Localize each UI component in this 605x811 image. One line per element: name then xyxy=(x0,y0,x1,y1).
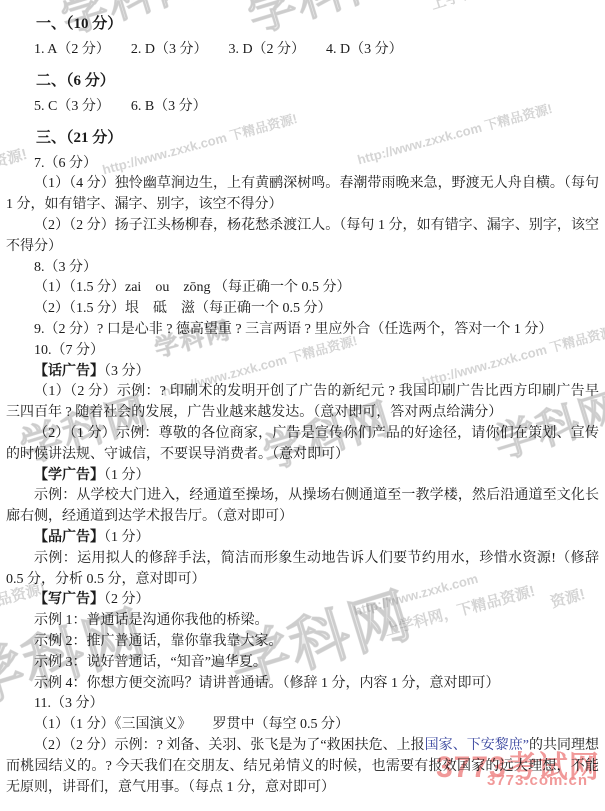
answer-text-segment: （2）（2 分）示例：? 刘备、关羽、张飞是为了“救困扶危、上报 xyxy=(34,738,425,753)
answer-line: 示例 1：普通话是沟通你我他的桥梁。 xyxy=(6,611,599,632)
answer-line: 9.（2 分）? 口是心非 ? 德高望重 ? 三言两语 ? 里应外合（任选两个，… xyxy=(6,320,599,341)
answer-text-segment: （3 分） xyxy=(104,364,150,379)
answer-text-segment: 国家、下安黎庶” xyxy=(425,738,529,753)
answer-line: 【话广告】（3 分） xyxy=(6,362,599,383)
section-heading: 二、（6 分） xyxy=(6,70,599,92)
answer-text-segment: （1 分） xyxy=(104,468,150,483)
answer-line: 示例：运用拟人的修辞手法，简洁而形象生动地告诉人们要节约用水，珍惜水资源!（修辞… xyxy=(6,549,599,591)
answer-line: 示例：从学校大门进入，经通道至操场，从操场右侧通道至一教学楼，然后沿通道至文化长… xyxy=(6,486,599,528)
answer-text-segment: 【话广告】 xyxy=(34,364,104,379)
answer-line: 1. A（2 分） 2. D（3 分） 3. D（2 分） 4. D（3 分） xyxy=(6,40,599,61)
answer-line: （1）（2 分）示例：? 印刷术的发明开创了广告的新纪元 ? 我国印刷广告比西方… xyxy=(6,382,599,424)
answer-line: 示例 2：推广普通话，靠你靠我靠大家。 xyxy=(6,632,599,653)
answer-line: 示例 4：你想方便交流吗？请讲普通话。（修辞 1 分，内容 1 分，意对即可） xyxy=(6,674,599,695)
answer-document: 一、（10 分）1. A（2 分） 2. D（3 分） 3. D（2 分） 4.… xyxy=(0,0,605,798)
answer-line: 【写广告】（2 分） xyxy=(6,590,599,611)
answer-line: 5. C（3 分） 6. B（3 分） xyxy=(6,97,599,118)
answer-line: 7.（6 分） xyxy=(6,154,599,175)
answer-line: （2）（2 分）示例：? 刘备、关羽、张飞是为了“救困扶危、上报国家、下安黎庶”… xyxy=(6,736,599,798)
answer-line: （1）（1.5 分）zai ou zōng （每正确一个 0.5 分） xyxy=(6,278,599,299)
answer-line: （2）（1 分）示例：尊敬的各位商家，广告是宣传你们产品的好途径，请你们在策划、… xyxy=(6,424,599,466)
answer-text-segment: （1 分） xyxy=(104,530,150,545)
section-heading: 三、（21 分） xyxy=(6,127,599,149)
answer-text-segment: 【学广告】 xyxy=(34,468,104,483)
answer-line: 8.（3 分） xyxy=(6,258,599,279)
answer-line: 【品广告】（1 分） xyxy=(6,528,599,549)
answer-text-segment: 【品广告】 xyxy=(34,530,104,545)
page: { "colors": { "text": "#1b1b1b", "blue_p… xyxy=(0,0,605,811)
answer-line: 示例 3：说好普通话，“知音”遍华夏。 xyxy=(6,653,599,674)
answer-text-segment: 【写广告】 xyxy=(34,592,104,607)
answer-line: （1）（4 分）独怜幽草涧边生，上有黄鹂深树鸣。春潮带雨晚来急，野渡无人舟自横。… xyxy=(6,174,599,216)
answer-line: （2）（1.5 分）垠 砥 滋（每正确一个 0.5 分） xyxy=(6,299,599,320)
answer-line: 【学广告】（1 分） xyxy=(6,466,599,487)
section-heading: 一、（10 分） xyxy=(6,13,599,35)
answer-line: 11.（3 分） xyxy=(6,694,599,715)
answer-line: 10.（7 分） xyxy=(6,341,599,362)
answer-text-segment: （2 分） xyxy=(104,592,150,607)
answer-line: （1）（1 分）《三国演义》 罗贯中（每空 0.5 分） xyxy=(6,715,599,736)
answer-line: （2）（2 分）扬子江头杨柳春，杨花愁杀渡江人。（每句 1 分，如有错字、漏字、… xyxy=(6,216,599,258)
